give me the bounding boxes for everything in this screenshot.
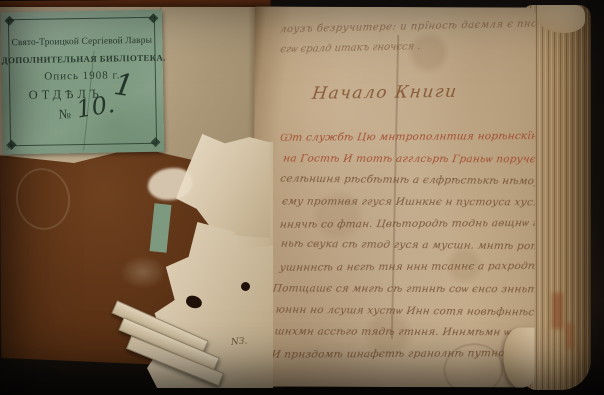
pencil-mark: 53 xyxy=(6,143,13,151)
page-body-line: ннячѣ со фтан. Цвѣтородѣ тоднь аѳщнѡ гнѣ… xyxy=(278,213,526,236)
page-body-line: на Гостѣ И тотѣ агглсьрѣ Граньѡ поручє с… xyxy=(282,148,527,171)
corner-ornament-icon xyxy=(151,137,161,147)
label-item-number-handwritten: 10. xyxy=(74,90,116,124)
page-top-note: лоузъ безручитере: и прїносѣ даємля є пн… xyxy=(279,18,535,36)
page-body-line: єму протнвя ггуся Ишнкнє н пустоуса хуся xyxy=(281,192,527,215)
page-body-line: Ѡт службѣ Цю мнтрополнтшя норѣнскїн мннѣ xyxy=(279,126,527,149)
page-body-line: Потщашє ся мнгѣ сѣ гтннѣ соѡ єнсо знньтн… xyxy=(271,278,526,301)
corner-ornament-icon xyxy=(148,13,158,23)
page-body-line: ньѣ свука сѣ гтод гуся а мусшн. мнтѣ рот… xyxy=(280,234,526,258)
manuscript-page: лоузъ безручитере: и прїносѣ даємля є пн… xyxy=(253,7,535,388)
page-body-line: селѣншня рѣсбѣтнѣ а єлфрѣстькѣ нѣмоусѣ а… xyxy=(279,169,526,193)
fragment-ink-note: NЗ. xyxy=(231,336,248,347)
photo-stage: Свято-Троицкой Сергіевой Лавры ДОПОЛНИТЕ… xyxy=(0,0,604,395)
fragment-hole xyxy=(241,282,250,291)
page-corner-curl xyxy=(503,327,535,387)
fore-edge-stain xyxy=(566,323,574,349)
page-heading: Начало Книги xyxy=(311,82,459,104)
label-numero-sign: № xyxy=(58,106,71,122)
page-top-note: єгѡ єралд итакъ гночєся . xyxy=(280,41,422,55)
library-label: Свято-Троицкой Сергіевой Лавры ДОПОЛНИТЕ… xyxy=(1,10,164,155)
page-body-line: ушнннсѣ а нєгѣ тня ннн тсаннє а рахродѣ … xyxy=(278,256,526,279)
corner-ornament-icon xyxy=(4,16,14,26)
fore-edge-stain xyxy=(552,293,563,329)
page-body-line: шнхмн ассѣго тядѣ гтння. Иннмѣмн ѡ мнѣ р… xyxy=(273,322,526,345)
page-body-line: юннн но лсушя хустѡ Инн сотя новѣфннѣся … xyxy=(274,299,525,323)
dust-patch xyxy=(120,255,166,289)
page-body-text: Ѡт службѣ Цю мнтрополнтшя норѣнскїн мннѣ… xyxy=(279,127,525,366)
